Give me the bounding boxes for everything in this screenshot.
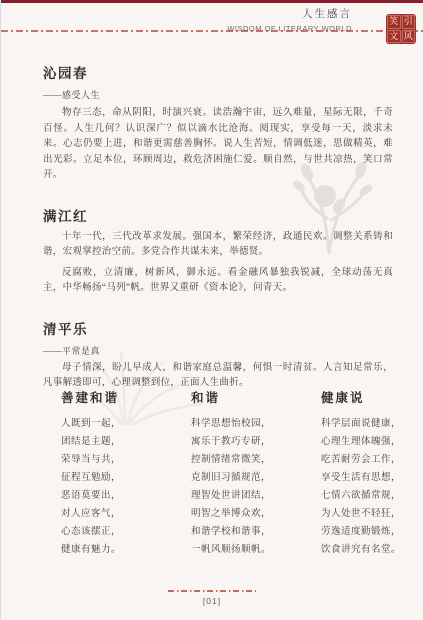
header-dash-rule: [1, 30, 423, 32]
poem-title: 和谐: [191, 388, 319, 406]
poem-columns: 善建和谐 人既到一起， 团结是主题， 荣辱当与共， 征程互勉励， 恶语莫要出， …: [61, 388, 409, 559]
poem-line: 和谐学校和谐事，: [191, 523, 319, 541]
poem-line: 心态该摆正，: [61, 523, 189, 541]
poem-line: 征程互勉励，: [61, 469, 189, 487]
poem-lines: 科学层面说健康， 心理生理体魄强， 吃苦耐劳会工作， 享受生活有思想， 七情六欲…: [321, 415, 423, 559]
poem-line: 科学思想怡校园，: [191, 415, 319, 433]
poem-line: 七情六欲循常规，: [321, 487, 423, 505]
poem-line: 理智处世讲团结，: [191, 487, 319, 505]
section-title: 满江红: [43, 205, 393, 225]
seal-char: 笑: [387, 15, 401, 29]
poem-line: 科学层面说健康，: [321, 415, 423, 433]
poem-line: 健康有魅力。: [61, 541, 189, 559]
section-paragraph: 十年一代，三代改革求发展。强国本，繁荣经济，政通民欢。调整关系铸和谐，宏观掌控治…: [43, 230, 393, 261]
seal-char: 文: [387, 30, 401, 44]
seal-char: 引: [402, 15, 416, 29]
section-paragraph: 反腐败，立清廉，树新风，御永远。看金融风暴独我锐减，全球动荡无真主，中华畅扬“马…: [43, 266, 393, 297]
book-page: 人生感言 WISDOM OF LITERARY WORLD 笑 引 文 风 沁园…: [0, 0, 423, 620]
section-paragraph: 母子情深，盼儿早成人，和谐家庭总温馨，何惧一时清贫。人言知足常乐，凡事解透即可，…: [43, 361, 393, 392]
publisher-seal-icon: 笑 引 文 风: [386, 14, 416, 44]
seal-char: 风: [402, 30, 416, 44]
poem-line: 心理生理体魄强，: [321, 433, 423, 451]
poem-hexie: 和谐 科学思想怡校园， 寓乐于教巧专研， 控制情绪常微笑， 克制旧习循规范， 理…: [191, 388, 319, 559]
section-subtitle: ——感受人生: [43, 88, 393, 101]
section-qinyuanchun: 沁园春 ——感受人生 物存三态，命从阴阳，时演兴衰。读浩瀚宇宙，远久难量，星际无…: [43, 62, 393, 184]
header-title-cn: 人生感言: [227, 9, 352, 21]
poem-title: 健康说: [321, 388, 423, 406]
poem-line: 团结是主题，: [61, 433, 189, 451]
section-manjianghong: 满江红 十年一代，三代改革求发展。强国本，繁荣经济，政通民欢。调整关系铸和谐，宏…: [43, 205, 393, 297]
poem-line: 恶语莫要出，: [61, 487, 189, 505]
poem-line: 寓乐于教巧专研，: [191, 433, 319, 451]
poem-lines: 人既到一起， 团结是主题， 荣辱当与共， 征程互勉励， 恶语莫要出， 对人应客气…: [61, 415, 189, 559]
poem-line: 人既到一起，: [61, 415, 189, 433]
poem-line: 为人处世不轻狂，: [321, 505, 423, 523]
section-title: 沁园春: [43, 62, 393, 82]
poem-line: 克制旧习循规范，: [191, 469, 319, 487]
poem-line: 吃苦耐劳会工作，: [321, 451, 423, 469]
poem-line: 劳逸适度勤锻炼，: [321, 523, 423, 541]
poem-lines: 科学思想怡校园， 寓乐于教巧专研， 控制情绪常微笑， 克制旧习循规范， 理智处世…: [191, 415, 319, 559]
poem-jiankangshuo: 健康说 科学层面说健康， 心理生理体魄强， 吃苦耐劳会工作， 享受生活有思想， …: [321, 388, 423, 559]
poem-title: 善建和谐: [61, 388, 189, 406]
section-title: 清平乐: [43, 318, 393, 338]
poem-line: 饮食讲究有名堂。: [321, 541, 423, 559]
poem-line: 一帆风顺扬顺帆。: [191, 541, 319, 559]
poem-line: 控制情绪常微笑，: [191, 451, 319, 469]
poem-line: 对人应客气，: [61, 505, 189, 523]
footer-dash-rule: [168, 590, 256, 592]
page-number: [01]: [1, 596, 423, 606]
poem-shanjianhexie: 善建和谐 人既到一起， 团结是主题， 荣辱当与共， 征程互勉励， 恶语莫要出， …: [61, 388, 189, 559]
poem-line: 荣辱当与共，: [61, 451, 189, 469]
main-content: 沁园春 ——感受人生 物存三态，命从阴阳，时演兴衰。读浩瀚宇宙，远久难量，星际无…: [43, 62, 393, 413]
poem-line: 明智之举博众欢，: [191, 505, 319, 523]
section-qingpingle: 清平乐 ——平常是真 母子情深，盼儿早成人，和谐家庭总温馨，何惧一时清贫。人言知…: [43, 318, 393, 392]
poem-line: 享受生活有思想，: [321, 469, 423, 487]
section-subtitle: ——平常是真: [43, 344, 393, 357]
top-rule: [1, 0, 423, 3]
section-paragraph: 物存三态，命从阴阳，时演兴衰。读浩瀚宇宙，远久难量，星际无限，千奇百怪。人生几何…: [43, 106, 393, 184]
